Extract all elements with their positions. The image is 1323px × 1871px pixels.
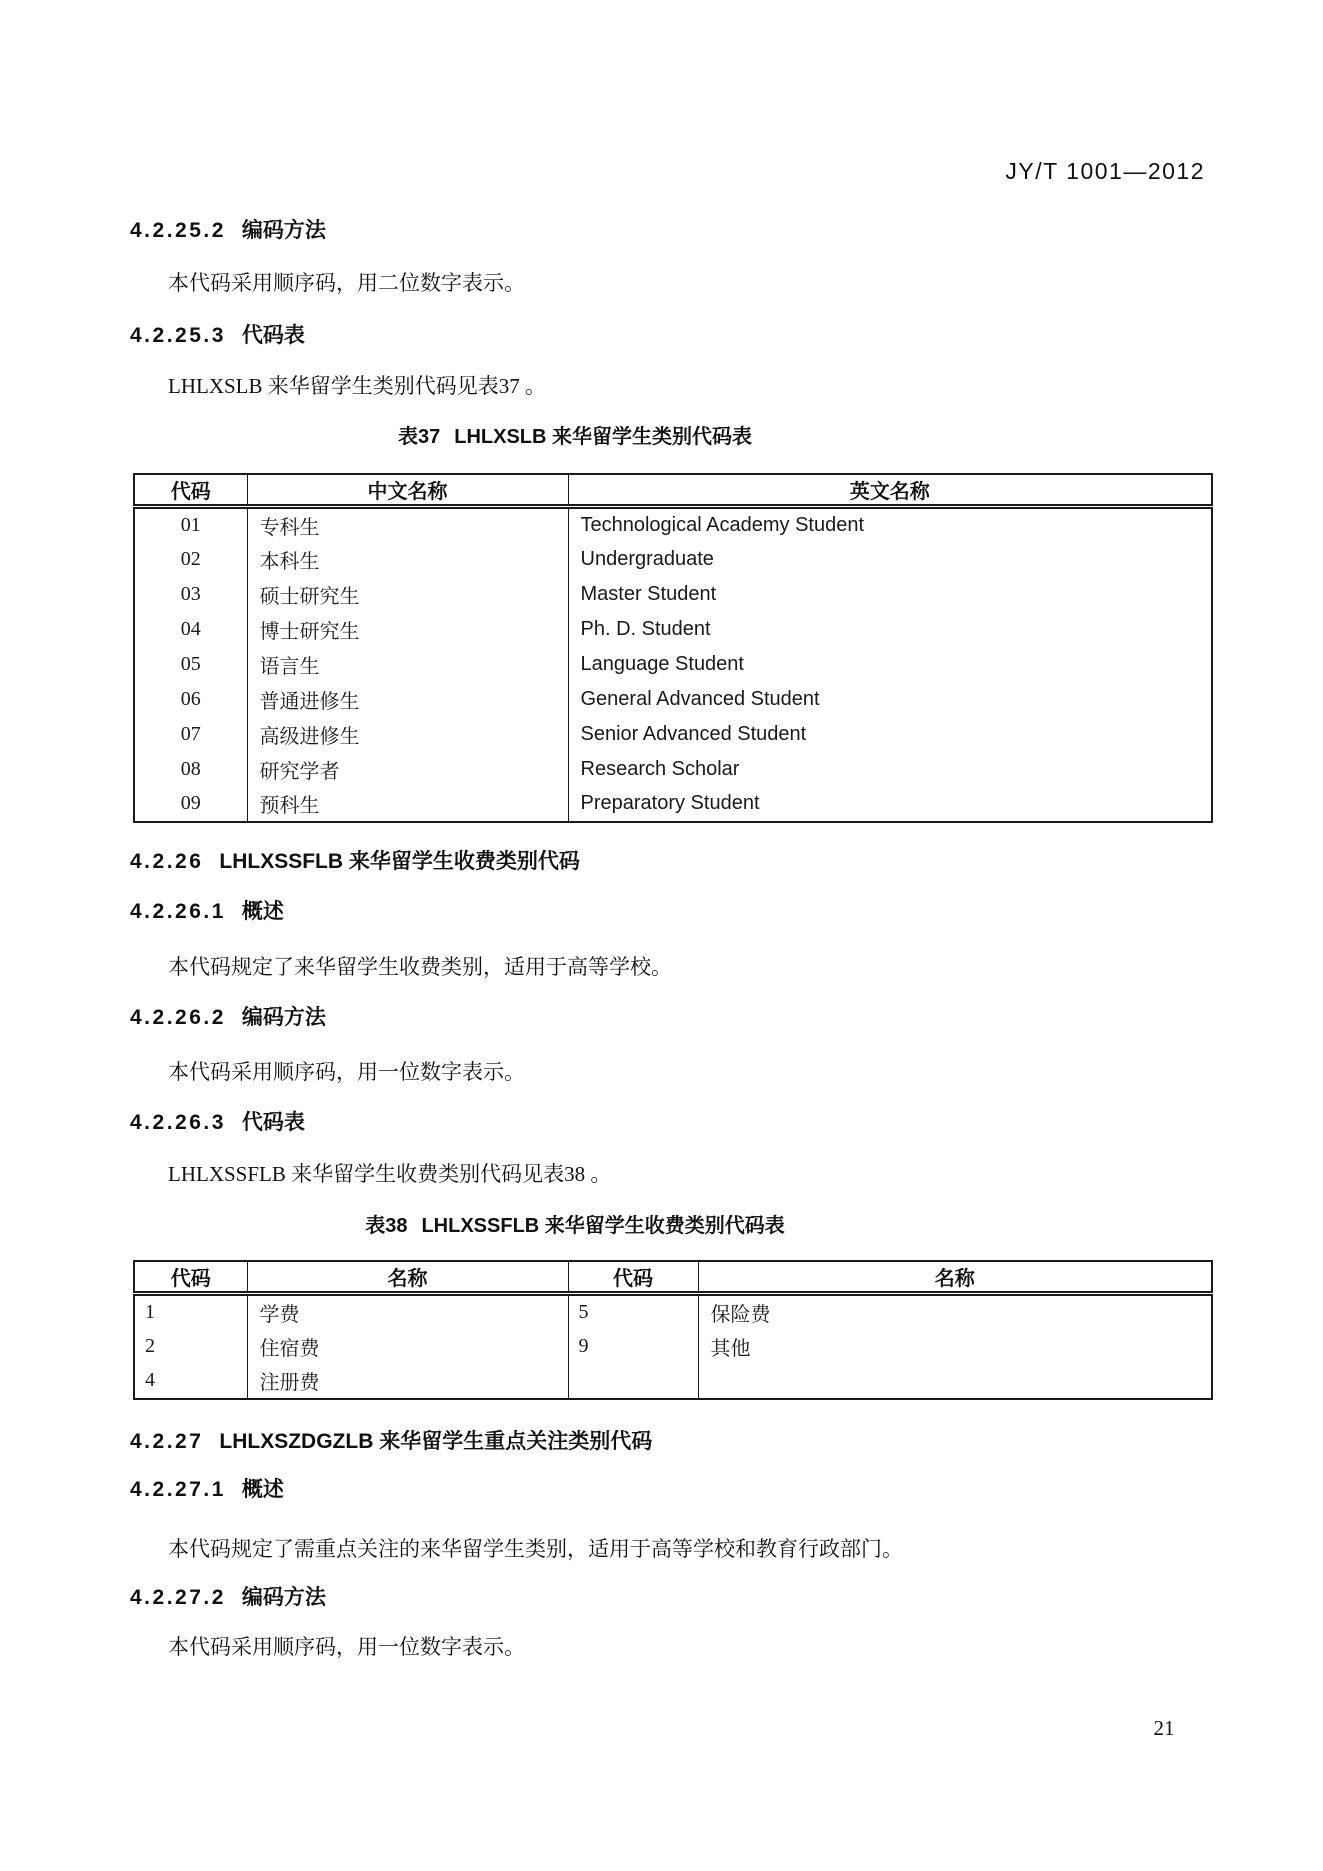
code-cell: 5 bbox=[568, 1294, 698, 1329]
section-number: 4.2.26.3 bbox=[130, 1111, 226, 1134]
table-row: 02本科生Undergraduate bbox=[134, 542, 1212, 577]
column-header-code: 代码 bbox=[134, 1261, 247, 1294]
code-cell: 01 bbox=[134, 507, 247, 542]
section-number: 4.2.26 bbox=[130, 850, 203, 873]
table-row: 4注册费 bbox=[134, 1364, 1212, 1399]
section-heading-4-2-27-1: 4.2.27.1概述 bbox=[130, 1473, 284, 1503]
table38-caption-title: LHLXSSFLB 来华留学生收费类别代码表 bbox=[421, 1215, 784, 1237]
doc-standard-number: JY/T 1001—2012 bbox=[1005, 158, 1205, 185]
name-cell: 保险费 bbox=[698, 1294, 1212, 1329]
table38: 代码 名称 代码 名称 1学费5保险费 2住宿费9其他 4注册费 bbox=[133, 1260, 1213, 1400]
name-cell: 其他 bbox=[698, 1329, 1212, 1364]
document-page: JY/T 1001—2012 4.2.25.2编码方法 本代码采用顺序码，用二位… bbox=[0, 0, 1323, 1871]
section-number: 4.2.27.1 bbox=[130, 1478, 226, 1501]
cn-name-cell: 研究学者 bbox=[247, 752, 568, 787]
section-title: LHLXSSFLB 来华留学生收费类别代码 bbox=[219, 850, 580, 873]
section-heading-4-2-25-3: 4.2.25.3代码表 bbox=[130, 319, 305, 349]
page-number: 21 bbox=[1140, 1716, 1188, 1741]
section-heading-4-2-26-3: 4.2.26.3代码表 bbox=[130, 1106, 305, 1136]
code-cell: 08 bbox=[134, 752, 247, 787]
table-row: 07高级进修生Senior Advanced Student bbox=[134, 717, 1212, 752]
column-header-name: 名称 bbox=[247, 1261, 568, 1294]
code-cell: 2 bbox=[134, 1329, 247, 1364]
table37: 代码 中文名称 英文名称 01专科生Technological Academy … bbox=[133, 473, 1213, 823]
section-title: 代码表 bbox=[242, 1111, 305, 1134]
table37-caption-title: LHLXSLB 来华留学生类别代码表 bbox=[454, 426, 752, 448]
section-heading-4-2-26-2: 4.2.26.2编码方法 bbox=[130, 1001, 326, 1031]
table-row: 2住宿费9其他 bbox=[134, 1329, 1212, 1364]
section-title: LHLXSZDGZLB 来华留学生重点关注类别代码 bbox=[219, 1430, 652, 1453]
section-number: 4.2.25.2 bbox=[130, 219, 226, 242]
en-name-cell: General Advanced Student bbox=[568, 682, 1212, 717]
section-number: 4.2.27 bbox=[130, 1430, 203, 1453]
section-title: 编码方法 bbox=[242, 219, 326, 242]
cn-name-cell: 本科生 bbox=[247, 542, 568, 577]
code-cell: 9 bbox=[568, 1329, 698, 1364]
section-heading-4-2-27-2: 4.2.27.2编码方法 bbox=[130, 1581, 326, 1611]
en-name-cell: Preparatory Student bbox=[568, 787, 1212, 822]
name-cell bbox=[698, 1364, 1212, 1399]
en-name-cell: Senior Advanced Student bbox=[568, 717, 1212, 752]
name-cell: 学费 bbox=[247, 1294, 568, 1329]
column-header-name: 名称 bbox=[698, 1261, 1212, 1294]
table-row: 08研究学者Research Scholar bbox=[134, 752, 1212, 787]
table37-caption-label: 表37 bbox=[398, 426, 440, 448]
table37-caption: 表37LHLXSLB 来华留学生类别代码表 bbox=[130, 420, 1020, 449]
section-number: 4.2.26.2 bbox=[130, 1006, 226, 1029]
table-row: 06普通进修生General Advanced Student bbox=[134, 682, 1212, 717]
en-name-cell: Technological Academy Student bbox=[568, 507, 1212, 542]
code-cell: 04 bbox=[134, 612, 247, 647]
table38-caption: 表38LHLXSSFLB 来华留学生收费类别代码表 bbox=[130, 1209, 1020, 1238]
name-cell: 住宿费 bbox=[247, 1329, 568, 1364]
cn-name-cell: 硕士研究生 bbox=[247, 577, 568, 612]
paragraph: LHLXSLB 来华留学生类别代码见表37 。 bbox=[168, 370, 546, 400]
column-header-code: 代码 bbox=[134, 474, 247, 507]
section-heading-4-2-26: 4.2.26LHLXSSFLB 来华留学生收费类别代码 bbox=[130, 845, 580, 875]
table-header-row: 代码 名称 代码 名称 bbox=[134, 1261, 1212, 1294]
en-name-cell: Research Scholar bbox=[568, 752, 1212, 787]
code-cell bbox=[568, 1364, 698, 1399]
table-header-row: 代码 中文名称 英文名称 bbox=[134, 474, 1212, 507]
section-number: 4.2.27.2 bbox=[130, 1586, 226, 1609]
cn-name-cell: 博士研究生 bbox=[247, 612, 568, 647]
code-cell: 06 bbox=[134, 682, 247, 717]
section-title: 概述 bbox=[242, 900, 284, 923]
cn-name-cell: 高级进修生 bbox=[247, 717, 568, 752]
code-cell: 02 bbox=[134, 542, 247, 577]
table-row: 09预科生Preparatory Student bbox=[134, 787, 1212, 822]
column-header-cn-name: 中文名称 bbox=[247, 474, 568, 507]
column-header-code: 代码 bbox=[568, 1261, 698, 1294]
cn-name-cell: 预科生 bbox=[247, 787, 568, 822]
code-cell: 05 bbox=[134, 647, 247, 682]
name-cell: 注册费 bbox=[247, 1364, 568, 1399]
paragraph: 本代码采用顺序码，用一位数字表示。 bbox=[168, 1631, 525, 1661]
table-row: 1学费5保险费 bbox=[134, 1294, 1212, 1329]
code-cell: 1 bbox=[134, 1294, 247, 1329]
section-heading-4-2-25-2: 4.2.25.2编码方法 bbox=[130, 214, 326, 244]
en-name-cell: Undergraduate bbox=[568, 542, 1212, 577]
section-number: 4.2.26.1 bbox=[130, 900, 226, 923]
section-title: 代码表 bbox=[242, 324, 305, 347]
paragraph: 本代码规定了需重点关注的来华留学生类别，适用于高等学校和教育行政部门。 bbox=[168, 1533, 903, 1563]
table-row: 01专科生Technological Academy Student bbox=[134, 507, 1212, 542]
paragraph: 本代码规定了来华留学生收费类别，适用于高等学校。 bbox=[168, 951, 672, 981]
section-heading-4-2-27: 4.2.27LHLXSZDGZLB 来华留学生重点关注类别代码 bbox=[130, 1425, 652, 1455]
table-row: 03硕士研究生Master Student bbox=[134, 577, 1212, 612]
table-row: 05语言生Language Student bbox=[134, 647, 1212, 682]
en-name-cell: Language Student bbox=[568, 647, 1212, 682]
table-row: 04博士研究生Ph. D. Student bbox=[134, 612, 1212, 647]
paragraph: LHLXSSFLB 来华留学生收费类别代码见表38 。 bbox=[168, 1158, 611, 1188]
section-title: 编码方法 bbox=[242, 1586, 326, 1609]
cn-name-cell: 专科生 bbox=[247, 507, 568, 542]
paragraph: 本代码采用顺序码，用二位数字表示。 bbox=[168, 267, 525, 297]
cn-name-cell: 语言生 bbox=[247, 647, 568, 682]
table38-caption-label: 表38 bbox=[365, 1215, 407, 1237]
code-cell: 4 bbox=[134, 1364, 247, 1399]
paragraph: 本代码采用顺序码，用一位数字表示。 bbox=[168, 1056, 525, 1086]
code-cell: 07 bbox=[134, 717, 247, 752]
column-header-en-name: 英文名称 bbox=[568, 474, 1212, 507]
en-name-cell: Ph. D. Student bbox=[568, 612, 1212, 647]
en-name-cell: Master Student bbox=[568, 577, 1212, 612]
code-cell: 03 bbox=[134, 577, 247, 612]
section-number: 4.2.25.3 bbox=[130, 324, 226, 347]
section-heading-4-2-26-1: 4.2.26.1概述 bbox=[130, 895, 284, 925]
section-title: 编码方法 bbox=[242, 1006, 326, 1029]
section-title: 概述 bbox=[242, 1478, 284, 1501]
code-cell: 09 bbox=[134, 787, 247, 822]
cn-name-cell: 普通进修生 bbox=[247, 682, 568, 717]
